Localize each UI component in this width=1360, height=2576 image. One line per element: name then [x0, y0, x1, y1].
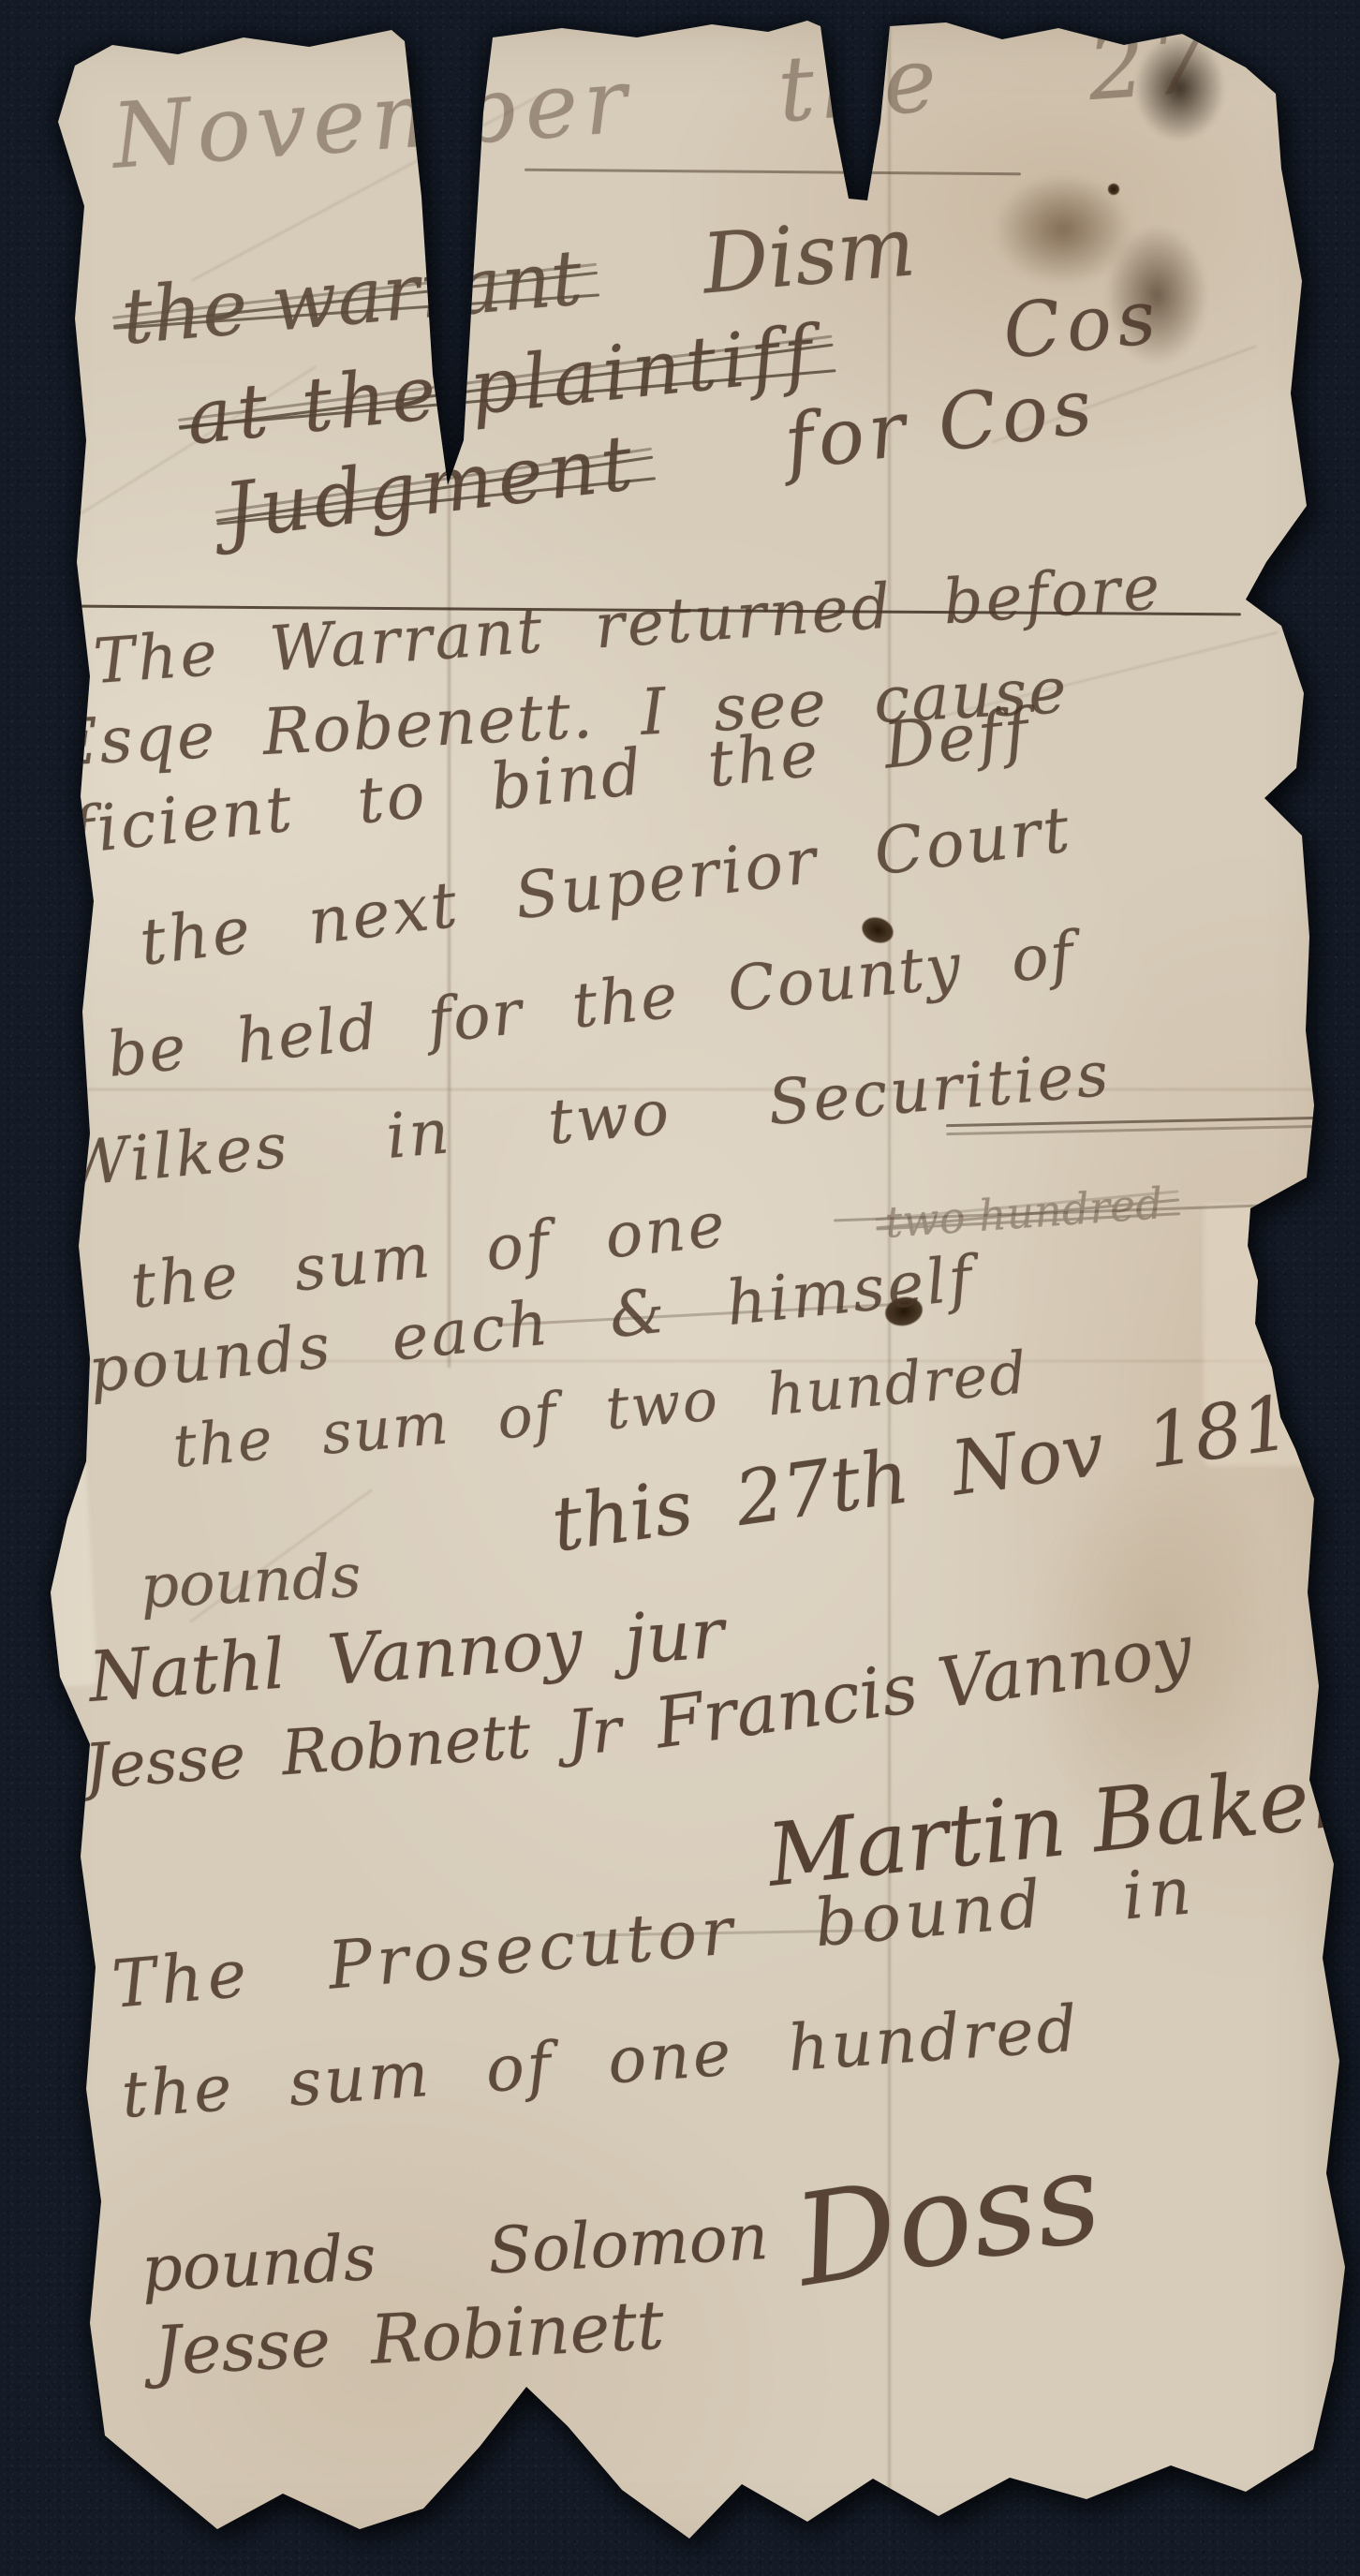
pen-underline: [525, 169, 1021, 176]
signature-doss-flourish: Doss: [786, 2123, 1110, 2315]
body-line: pounds: [139, 1542, 362, 1622]
unstruck-text: Dism: [699, 198, 919, 312]
unstruck-text: Cos: [999, 273, 1165, 376]
struck-text: two hundred: [883, 1177, 1164, 1248]
signature-solomon: Solomon: [486, 2200, 770, 2289]
footer-line: the sum of one hundred: [119, 1992, 1082, 2133]
photo-backdrop-fabric: November the 27 the warrantDism at the p…: [0, 0, 1360, 2576]
word-pounds: pounds: [140, 2221, 377, 2307]
faded-date-line: November the 27: [109, 7, 1217, 189]
manuscript-paper: November the 27 the warrantDism at the p…: [0, 0, 1360, 2576]
struck-amount: two hundred: [883, 1177, 1164, 1248]
ink-blot: [1108, 184, 1119, 195]
paper-shadow: November the 27 the warrantDism at the p…: [0, 0, 1360, 2576]
